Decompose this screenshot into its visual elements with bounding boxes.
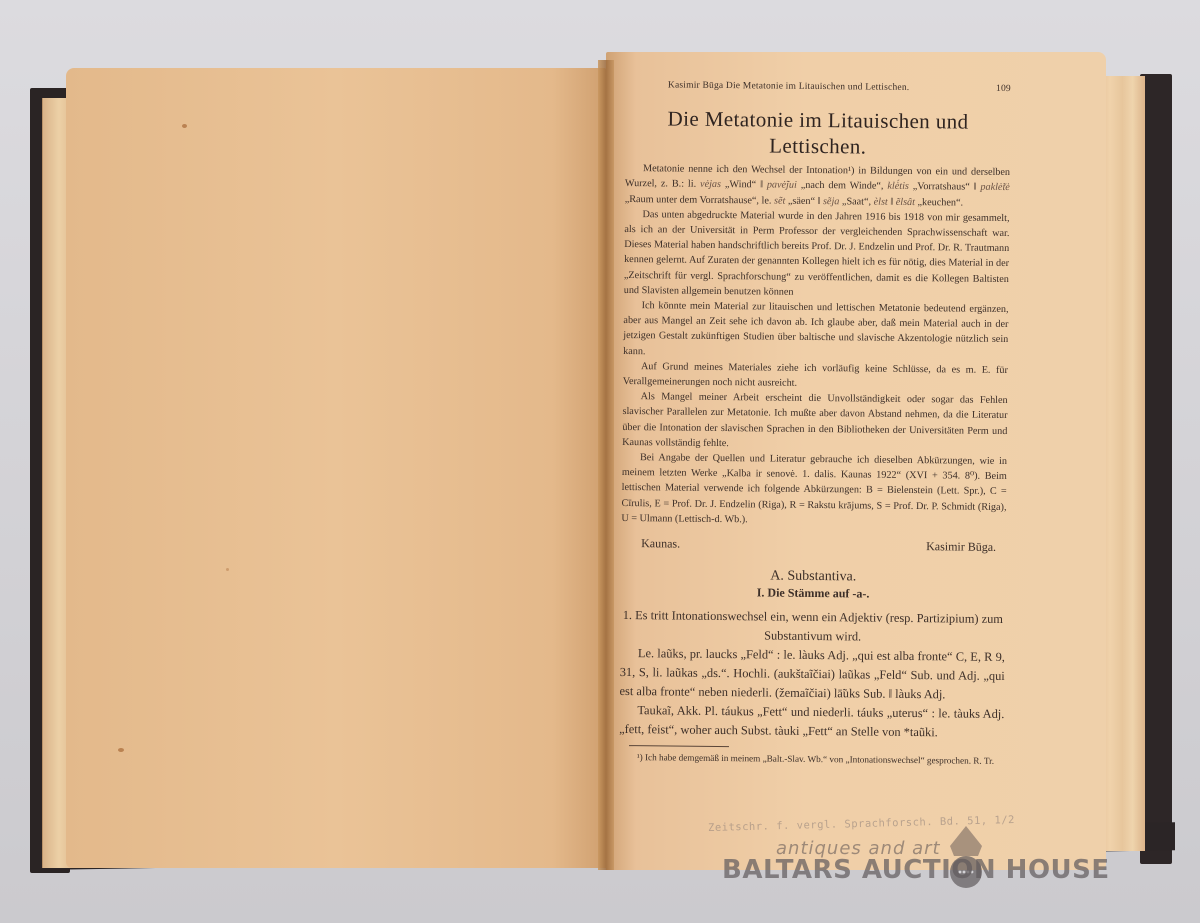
foxing-spot [118, 748, 124, 752]
text-run: „säen“ ‖ [785, 195, 823, 206]
signature-author: Kasimir Būga. [926, 539, 996, 555]
footnote-divider [629, 745, 729, 747]
italic-word: sẽja [823, 196, 840, 207]
watermark-brand: BALTARS AUCTION HOUSE [722, 855, 1110, 885]
paragraph-shortcomings: Als Mangel meiner Arbeit erscheint die U… [622, 389, 1008, 454]
text-run: ‖ [888, 196, 896, 207]
paragraph-conclusions: Auf Grund meines Materiales ziehe ich vo… [623, 359, 1008, 393]
running-head-title: Kasimir Būga Die Metatonie im Litauische… [668, 78, 910, 96]
paragraph-intro: Metatonie nenne ich den Wechsel der Into… [625, 161, 1010, 211]
right-page-text: Kasimir Būga Die Metatonie im Litauische… [619, 78, 1011, 768]
book-gutter [598, 60, 614, 870]
italic-word: klė́tis [887, 181, 909, 192]
text-run: „Wind“ ‖ [721, 179, 767, 190]
example-taukai: Taukaĩ, Akk. Pl. táukus „Fett“ und niede… [619, 701, 1004, 743]
italic-word: sẽt [774, 195, 785, 206]
foxing-spot [182, 124, 187, 128]
article-title: Die Metatonie im Litauischen und Lettisc… [625, 105, 1011, 161]
rule-1: 1. Es tritt Intonationswechsel ein, wenn… [620, 606, 1005, 648]
text-run: „keuchen“. [915, 197, 963, 209]
text-run: „Raum unter dem Vorratshause“, le. [625, 194, 774, 207]
text-run: „nach dem Winde“, [797, 180, 888, 192]
section-heading-i: I. Die Stämme auf -a-. [621, 584, 1006, 603]
italic-word: vėjas [700, 179, 721, 190]
italic-word: èlst [874, 196, 888, 207]
paragraph-abbreviations: Bei Angabe der Quellen und Literatur geb… [621, 450, 1007, 530]
signature-place: Kaunas. [641, 536, 680, 552]
page-number: 109 [996, 82, 1011, 97]
section-heading-a: A. Substantiva. [621, 567, 1006, 586]
text-run: „Saat“, [839, 196, 873, 207]
italic-word: paklė̃tė [980, 182, 1010, 193]
foxing-spot [226, 568, 229, 571]
paragraph-supplement: Ich könnte mein Material zur litauischen… [623, 298, 1009, 363]
italic-word: pavė̃jui [767, 180, 797, 191]
text-run: „Vorratshaus“ ‖ [909, 181, 981, 193]
left-page-blank [66, 68, 606, 868]
italic-word: ẽlsât [896, 196, 915, 207]
running-head: Kasimir Būga Die Metatonie im Litauische… [626, 78, 1011, 97]
paragraph-material: Das unten abgedruckte Material wurde in … [624, 207, 1010, 302]
example-lauks: Le. laũks, pr. laucks „Feld“ : le. làuks… [619, 644, 1005, 705]
signature-line: Kaunas. Kasimir Būga. [641, 536, 996, 555]
